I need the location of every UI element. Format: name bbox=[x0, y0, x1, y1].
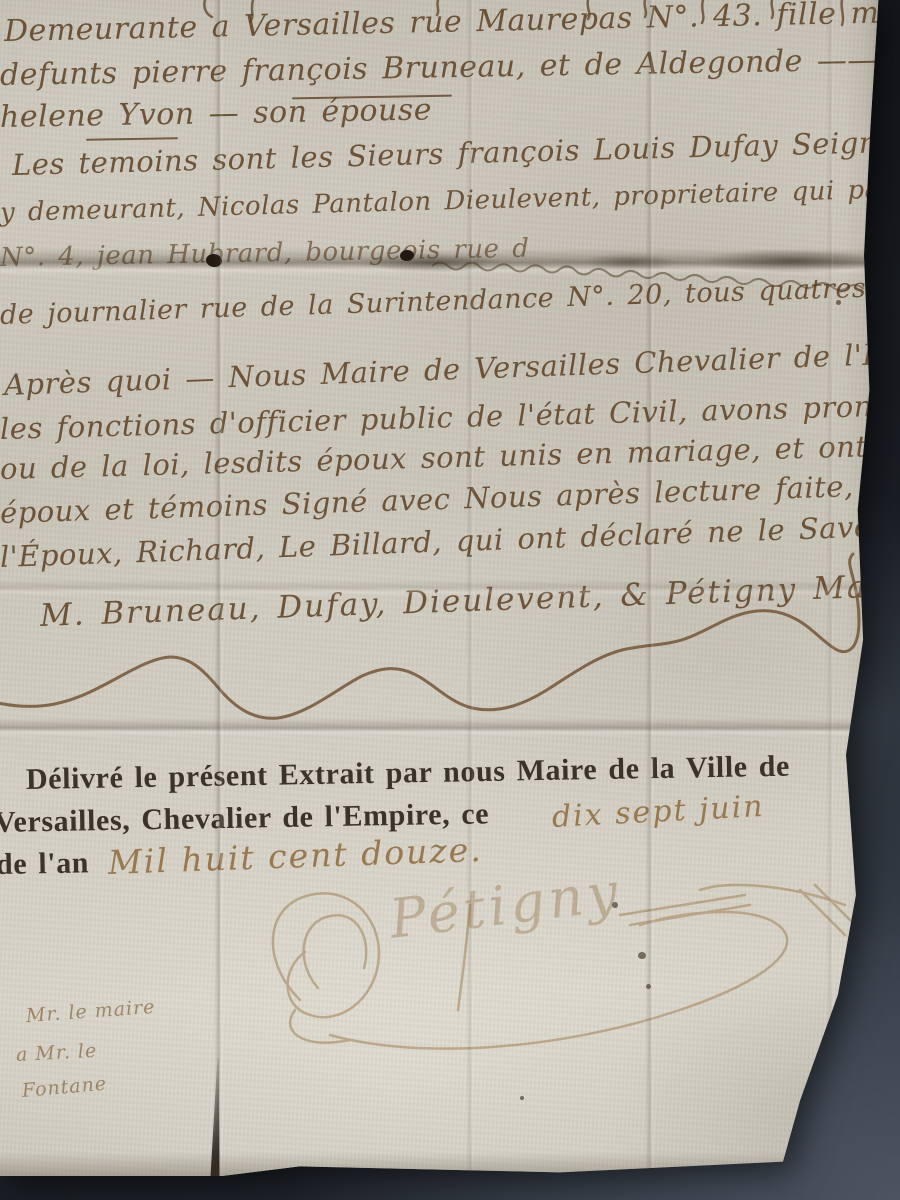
ink-speck bbox=[638, 952, 646, 959]
fold-crease-vertical bbox=[826, 0, 835, 1176]
photo-background: Demeurante a Versailles rue Maurepas N°.… bbox=[0, 0, 900, 1200]
document-paper: Demeurante a Versailles rue Maurepas N°.… bbox=[0, 0, 900, 1200]
printed-line: Délivré le présent Extrait par nous Mair… bbox=[26, 750, 791, 797]
ink-flourish-line bbox=[0, 540, 900, 740]
margin-note: a Mr. le bbox=[15, 1040, 97, 1066]
paper-edge-shade bbox=[844, 0, 892, 1200]
ink-speck bbox=[836, 300, 841, 305]
fold-crease-vertical bbox=[645, 0, 655, 1176]
fold-crease-vertical bbox=[214, 0, 224, 1176]
paper-bottom-shade bbox=[0, 1152, 900, 1180]
handwritten-line: defunts pierre françois Bruneau, et de A… bbox=[0, 42, 900, 93]
ink-speck bbox=[646, 984, 651, 989]
handwritten-date-fill: dix sept juin bbox=[551, 789, 765, 835]
fold-crease-vertical bbox=[466, 0, 475, 1176]
ink-underline bbox=[86, 137, 178, 141]
fold-smudged-writing bbox=[0, 248, 900, 278]
ink-speck bbox=[612, 902, 618, 908]
fold-crease-horizontal bbox=[0, 580, 900, 596]
fold-crease-horizontal bbox=[0, 718, 900, 736]
ink-speck bbox=[520, 1096, 524, 1100]
document-paper-wrap: Demeurante a Versailles rue Maurepas N°.… bbox=[0, 0, 900, 1200]
handwritten-line: y demeurant, Nicolas Pantalon Dieulevent… bbox=[0, 173, 900, 228]
